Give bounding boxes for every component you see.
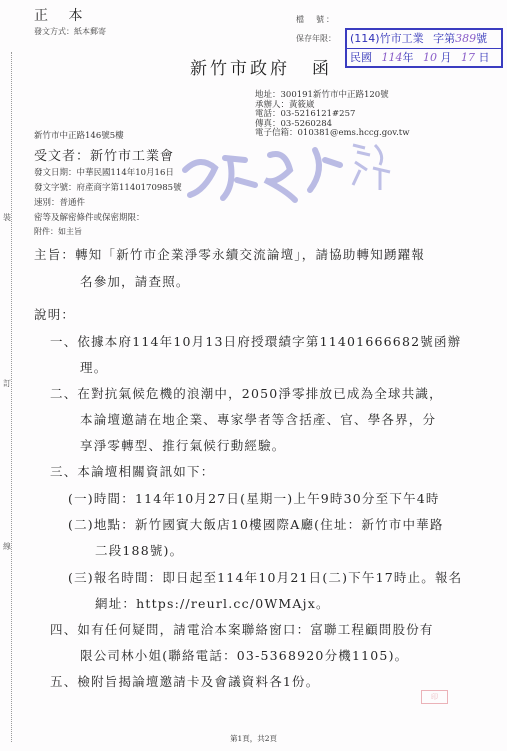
classification: 密等及解密條件或保密期限： xyxy=(34,211,145,223)
document-title: 新竹市政府函 xyxy=(190,54,332,79)
explanation-item-3-sub-1: (一)時間：114年10月27日(星期一)上午9時30分至下午4時 xyxy=(68,489,440,507)
stamp-month: 10 xyxy=(423,51,437,64)
red-seal-icon: 印 xyxy=(421,690,448,704)
subject-line-2: 名參加，請查照。 xyxy=(80,272,190,290)
subject-line-1: 主旨：轉知「新竹市企業淨零永續交流論壇」，請協助轉知踴躍報 xyxy=(34,245,425,263)
received-stamp: (114)竹市工業 字第389號 民國 114年 10 月 17 日 xyxy=(345,28,503,68)
file-number-label: 檔 號： xyxy=(296,14,336,25)
agency-name: 新竹市政府 xyxy=(190,59,290,79)
document-number: 發文字號：府產商字第1140170985號 xyxy=(34,181,182,193)
explanation-item-4-line-1: 四、如有任何疑問，請電洽本案聯絡窗口：富聯工程顧問股份有 xyxy=(50,620,434,638)
sender-email: 電子信箱：010381@ems.hccg.gov.tw xyxy=(255,129,410,139)
explanation-item-1-line-1: 一、依據本府114年10月13日府授環績字第11401666682號函辦 xyxy=(50,332,461,350)
explanation-item-3-sub-2-line-2: 二段188號)。 xyxy=(95,541,183,559)
explanation-item-2-line-2: 本論壇邀請在地企業、專家學者等含括產、官、學各界，分 xyxy=(80,410,436,428)
margin-mark-ding: 訂 xyxy=(3,378,11,389)
stamp-era: 民國 xyxy=(350,51,372,64)
explanation-item-1-line-2: 理。 xyxy=(80,358,107,376)
stamp-month-unit: 月 xyxy=(441,51,452,64)
stamp-row-number: (114)竹市工業 字第389號 xyxy=(347,30,501,48)
recipient-address: 新竹市中正路146號5樓 xyxy=(34,129,124,141)
explanation-item-3-sub-3-line-2: 網址：https://reurl.cc/0WMAjx。 xyxy=(95,594,330,612)
stamp-row-date: 民國 114年 10 月 17 日 xyxy=(347,48,501,66)
sender-info: 地址：300191新竹市中正路120號 承辦人：黃筱崴 電話：03-521612… xyxy=(255,91,410,139)
explanation-item-3-sub-2-line-1: (二)地點：新竹國賓大飯店10樓國際A廳(住址：新竹市中華路 xyxy=(68,515,444,533)
stamp-number: 389 xyxy=(455,32,476,45)
recipient: 受文者：新竹市工業會 xyxy=(34,145,174,164)
attachment: 附件：如主旨 xyxy=(34,226,82,237)
stamp-year-unit: 年 xyxy=(403,51,414,64)
explanation-item-4-line-2: 限公司林小姐(聯絡電話：03-5368920分機1105)。 xyxy=(80,646,408,664)
send-method: 發文方式：紙本郵寄 xyxy=(34,26,106,37)
margin-mark-zhuang: 裝 xyxy=(3,212,11,223)
explanation-item-3-line-1: 三、本論壇相關資訊如下： xyxy=(50,462,214,480)
stamp-year: 114 xyxy=(382,51,403,64)
explanation-item-2-line-3: 享淨零轉型、推行氣候行動經驗。 xyxy=(80,436,286,454)
stamp-day: 17 xyxy=(461,51,475,64)
delivery-speed: 速別：普通件 xyxy=(34,196,85,208)
document-type: 函 xyxy=(312,59,332,79)
binding-line xyxy=(11,52,12,742)
official-seal-icon xyxy=(175,140,395,210)
stamp-word: 字第 xyxy=(433,32,455,45)
stamp-prefix: (114)竹市工業 xyxy=(350,32,424,45)
explanation-item-3-sub-3-line-1: (三)報名時間：即日起至114年10月21日(二)下午17時止。報名 xyxy=(68,568,462,586)
explanation-item-2-line-1: 二、在對抗氣候危機的浪潮中，2050淨零排放已成為全球共識， xyxy=(50,384,443,402)
stamp-suffix: 號 xyxy=(476,32,487,45)
explanation-heading: 說明： xyxy=(34,305,75,323)
explanation-item-5: 五、檢附旨揭論壇邀請卡及會議資料各1份。 xyxy=(50,672,319,690)
retention-period-label: 保存年限： xyxy=(296,33,336,44)
page-number: 第1頁，共2頁 xyxy=(0,733,507,744)
issue-date: 發文日期：中華民國114年10月16日 xyxy=(34,166,174,178)
stamp-day-unit: 日 xyxy=(479,51,490,64)
copy-label: 正 本 xyxy=(34,5,90,25)
margin-mark-xian: 線 xyxy=(3,541,11,552)
